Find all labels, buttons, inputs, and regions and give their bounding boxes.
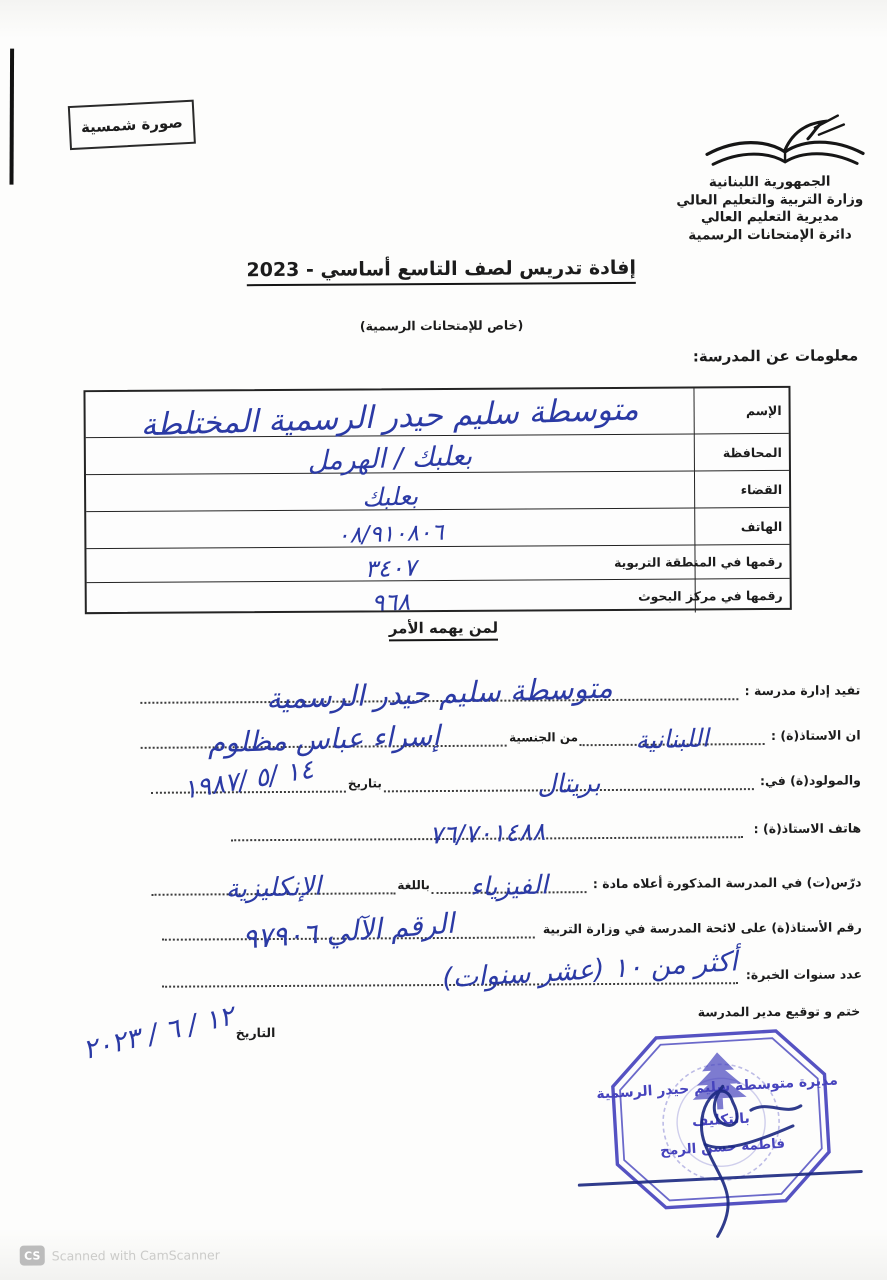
document-title: إفادة تدريس لصف التاسع أساسي - 2023 [246,257,636,286]
handwritten-experience: أكثر من ١٠ (عشر سنوات) [162,948,738,1009]
label-of-nationality: من الجنسية [509,730,578,746]
label-on-date: بتاريخ [348,776,382,792]
handwritten-teacher-phone: ٧٦/٧٠١٤٨٨ [231,812,744,854]
table-label-name: الإسم [693,388,788,435]
photo-box-label: صورة شمسية [80,113,183,136]
ministry-header: الجمهورية اللبنانية وزارة التربية والتعل… [662,173,877,244]
label-experience-years: عدد سنوات الخبرة: [746,966,862,984]
dotted-field-subject: الفيزياء [432,855,587,894]
form-line-experience: عدد سنوات الخبرة: أكثر من ١٠ (عشر سنوات) [162,947,862,987]
handwritten-language: الإنكليزية [151,871,396,905]
scan-artifact-line [9,49,14,185]
dotted-field-teacher-phone: ٧٦/٧٠١٤٨٨ [231,800,744,841]
document-subtitle: (خاص للإمتحانات الرسمية) [0,315,885,335]
label-taught-subject: درّس(ت) في المدرسة المذكورة أعلاه مادة : [593,874,862,893]
handwritten-subject: الفيزياء [432,871,588,902]
ministry-line-directorate: مديرية التعليم العالي [662,208,877,227]
photo-placeholder-box: صورة شمسية [68,100,196,150]
camscanner-text: Scanned with CamScanner [52,1247,220,1263]
ministry-logo-bird-book-icon [697,113,877,174]
table-label-research-number: رقمها في مركز البحوث [695,579,790,613]
camscanner-watermark: CS Scanned with CamScanner [20,1244,220,1265]
dotted-field-teacher-name: إسراء عباس مظلوم [140,709,507,749]
table-value-governorate: بعلبك / الهرمل [86,434,694,475]
to-whom-it-may-concern-heading: لمن يهمه الأمر [389,619,498,642]
form-line-teacher-name: ان الاستاذ(ة) : اللبنانية من الجنسية إسر… [140,708,860,748]
form-line-teacher-phone: هاتف الاستاذ(ة) : ٧٦/٧٠١٤٨٨ [231,801,861,841]
form-line-subject: درّس(ت) في المدرسة المذكورة أعلاه مادة :… [151,855,861,895]
table-value-research-number: ٩٦٨ [87,579,695,616]
dotted-field-experience: أكثر من ١٠ (عشر سنوات) [162,946,738,988]
dotted-field-birthplace: بريتال [384,752,754,792]
scanned-document-page: صورة شمسية الجمهورية اللبنانية وزارة الت… [0,0,887,1280]
table-label-phone: الهاتف [694,508,789,546]
school-director-stamp: مديرة متوسطة سليم حيدر الرسمية بالتكليف … [594,1017,849,1221]
label-in-language: باللغة [397,878,430,894]
camscanner-badge-icon: CS [20,1245,45,1265]
form-line-school: تفيد إدارة مدرسة : متوسطة سليم حيدر الرس… [140,663,860,703]
label-school-administration: تفيد إدارة مدرسة : [745,682,861,700]
date-row: التاريخ ١٢ / ٦ / ٢٠٢٣ [40,1019,275,1047]
label-born-in: والمولود(ة) في: [760,772,861,790]
label-registry-number: رقم الأستاذ(ة) على لائحة المدرسة في وزار… [543,919,862,938]
table-label-governorate: المحافظة [694,434,789,472]
document-sheet: صورة شمسية الجمهورية اللبنانية وزارة الت… [0,0,887,1280]
dotted-field-nationality: اللبنانية [580,707,765,746]
dotted-field-language: الإنكليزية [151,856,395,895]
letter-heading-row: لمن يهمه الأمر [0,615,887,643]
table-value-name: متوسطة سليم حيدر الرسمية المختلطة [85,388,693,438]
handwritten-nationality: اللبنانية [580,724,766,755]
dotted-field-birthdate: ١٤ /٥ /١٩٨٧ [151,755,346,794]
school-info-table: الإسم متوسطة سليم حيدر الرسمية المختلطة … [83,386,791,614]
school-info-heading: معلومات عن المدرسة: [693,346,859,365]
table-label-district: القضاء [694,471,789,509]
form-line-registry-number: رقم الأستاذ(ة) على لائحة المدرسة في وزار… [162,900,862,940]
ministry-line-exams-dept: دائرة الإمتحانات الرسمية [662,226,877,245]
handwritten-date: ١٢ / ٦ / ٢٠٢٣ [81,1002,237,1064]
table-value-district-number: ٣٤٠٧ [86,545,694,583]
handwritten-birthdate: ١٤ /٥ /١٩٨٧ [150,752,347,809]
date-label: التاريخ [236,1025,276,1040]
label-teacher: ان الاستاذ(ة) : [771,727,861,745]
label-teacher-phone: هاتف الاستاذ(ة) : [754,820,862,838]
handwritten-birthplace: بريتال [384,765,755,803]
form-line-birth: والمولود(ة) في: بريتال بتاريخ ١٤ /٥ /١٩٨… [151,753,861,793]
ministry-line-republic: الجمهورية اللبنانية [662,173,877,192]
title-row: إفادة تدريس لصف التاسع أساسي - 2023 [0,255,885,287]
table-value-district: بعلبك [86,471,694,512]
dotted-field-school: متوسطة سليم حيدر الرسمية [140,662,739,704]
ministry-line-ministry: وزارة التربية والتعليم العالي [662,191,877,210]
table-label-district-number: رقمها في المنطقة التربوية [694,545,789,580]
table-value-phone: ٠٨/٩١٠٨٠٦ [86,508,694,549]
dotted-field-registry-number: الرقم الآلي ٩٧٩٠٦ [162,900,535,940]
